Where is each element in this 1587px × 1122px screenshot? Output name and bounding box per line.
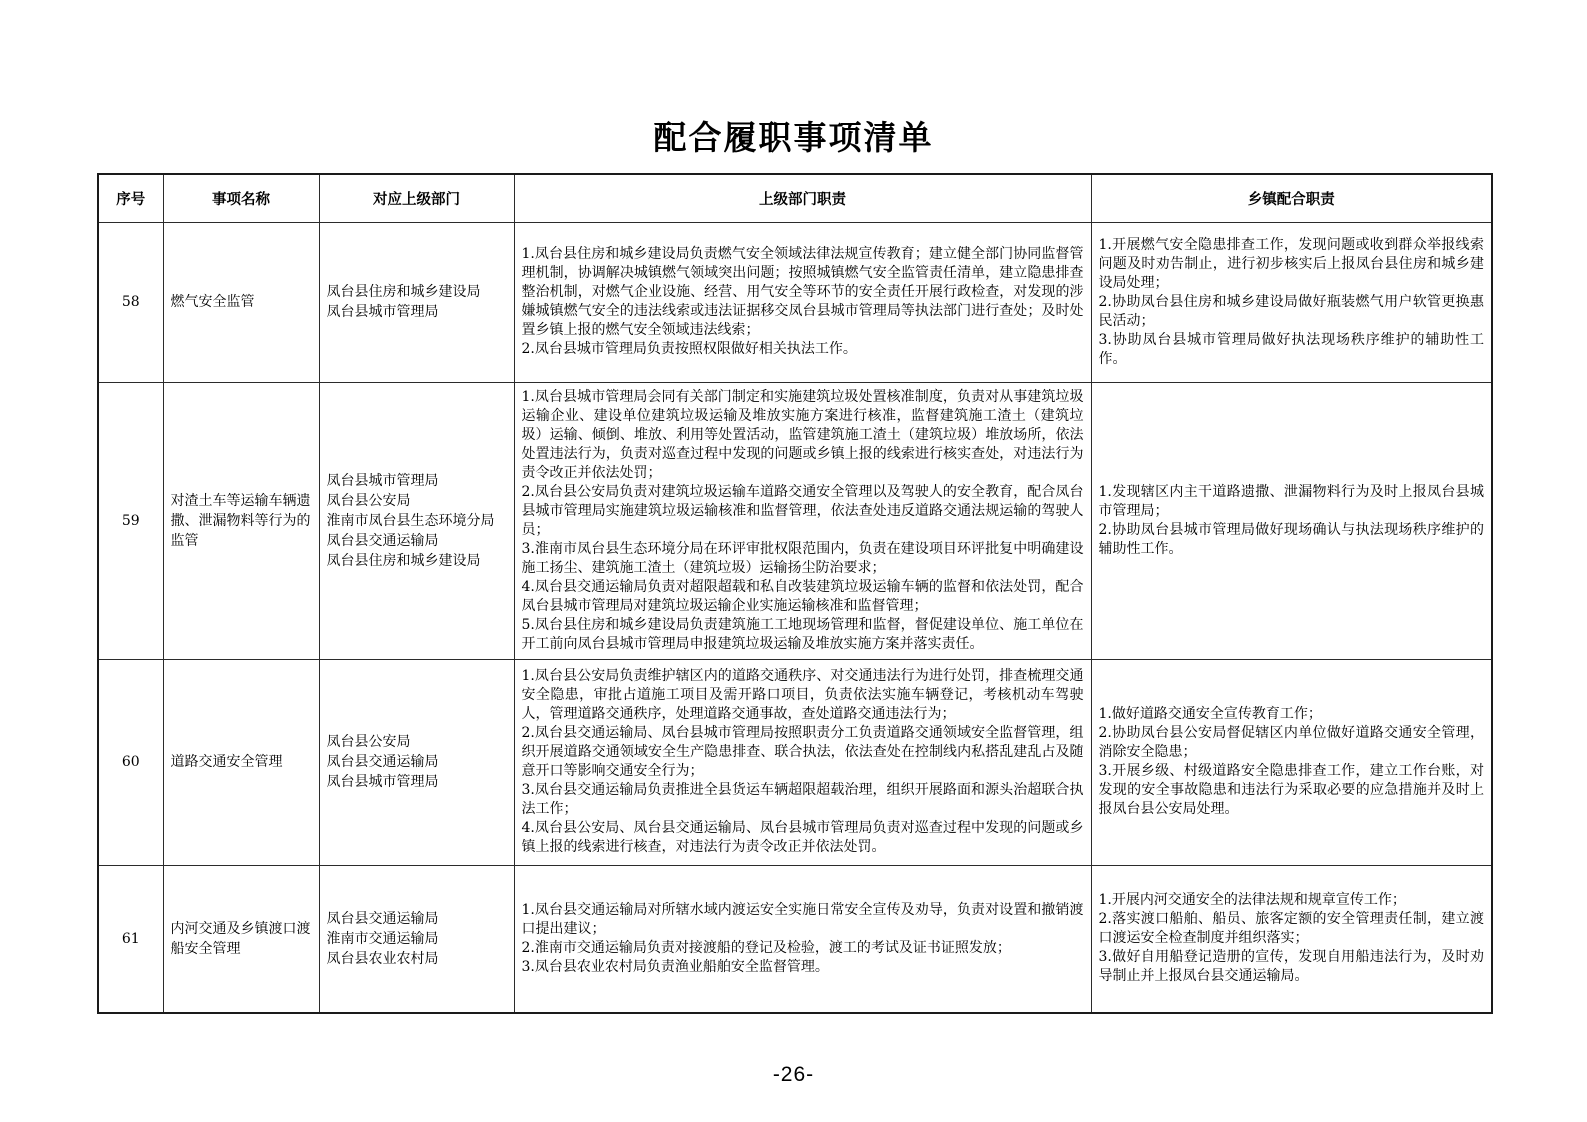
table-row: 58 燃气安全监管 凤台县住房和城乡建设局 凤台县城市管理局 1.凤台县住房和城… [98, 222, 1492, 382]
superior-duties-cell: 1.凤台县城市管理局会同有关部门制定和实施建筑垃圾处置核准制度，负责对从事建筑垃… [514, 382, 1091, 659]
document-page: 配合履职事项清单 序号 事项名称 对应上级部门 上级部门职责 乡镇配合职责 58… [0, 0, 1587, 1122]
matters-table: 序号 事项名称 对应上级部门 上级部门职责 乡镇配合职责 58 燃气安全监管 凤… [97, 173, 1493, 1014]
item-name-cell: 道路交通安全管理 [163, 659, 319, 865]
superior-duties-cell: 1.凤台县住房和城乡建设局负责燃气安全领域法律法规宣传教育；建立健全部门协同监督… [514, 222, 1091, 382]
header-row: 序号 事项名称 对应上级部门 上级部门职责 乡镇配合职责 [98, 174, 1492, 222]
row-number-cell: 61 [98, 865, 163, 1013]
header-cell-superior-duties: 上级部门职责 [514, 174, 1091, 222]
township-duties-cell: 1.做好道路交通安全宣传教育工作； 2.协助凤台县公安局督促辖区内单位做好道路交… [1091, 659, 1492, 865]
departments-cell: 凤台县交通运输局 淮南市交通运输局 凤台县农业农村局 [319, 865, 514, 1013]
item-name-cell: 对渣土车等运输车辆遗撒、泄漏物料等行为的监管 [163, 382, 319, 659]
superior-duties-cell: 1.凤台县公安局负责维护辖区内的道路交通秩序、对交通违法行为进行处罚，排查梳理交… [514, 659, 1091, 865]
table-row: 61 内河交通及乡镇渡口渡船安全管理 凤台县交通运输局 淮南市交通运输局 凤台县… [98, 865, 1492, 1013]
page-number: -26- [0, 1063, 1587, 1087]
row-number-cell: 58 [98, 222, 163, 382]
departments-cell: 凤台县住房和城乡建设局 凤台县城市管理局 [319, 222, 514, 382]
superior-duties-cell: 1.凤台县交通运输局对所辖水域内渡运安全实施日常安全宣传及劝导，负责对设置和撤销… [514, 865, 1091, 1013]
page-title: 配合履职事项清单 [0, 112, 1587, 159]
header-cell-township-duties: 乡镇配合职责 [1091, 174, 1492, 222]
table-row: 59 对渣土车等运输车辆遗撒、泄漏物料等行为的监管 凤台县城市管理局 凤台县公安… [98, 382, 1492, 659]
header-cell-no: 序号 [98, 174, 163, 222]
row-number-cell: 60 [98, 659, 163, 865]
item-name-cell: 燃气安全监管 [163, 222, 319, 382]
header-cell-departments: 对应上级部门 [319, 174, 514, 222]
table-row: 60 道路交通安全管理 凤台县公安局 凤台县交通运输局 凤台县城市管理局 1.凤… [98, 659, 1492, 865]
row-number-cell: 59 [98, 382, 163, 659]
township-duties-cell: 1.开展内河交通安全的法律法规和规章宣传工作； 2.落实渡口船舶、船员、旅客定额… [1091, 865, 1492, 1013]
departments-cell: 凤台县城市管理局 凤台县公安局 淮南市凤台县生态环境分局 凤台县交通运输局 凤台… [319, 382, 514, 659]
item-name-cell: 内河交通及乡镇渡口渡船安全管理 [163, 865, 319, 1013]
departments-cell: 凤台县公安局 凤台县交通运输局 凤台县城市管理局 [319, 659, 514, 865]
township-duties-cell: 1.发现辖区内主干道路遗撒、泄漏物料行为及时上报凤台县城市管理局； 2.协助凤台… [1091, 382, 1492, 659]
township-duties-cell: 1.开展燃气安全隐患排查工作，发现问题或收到群众举报线索问题及时劝告制止，进行初… [1091, 222, 1492, 382]
header-cell-item-name: 事项名称 [163, 174, 319, 222]
